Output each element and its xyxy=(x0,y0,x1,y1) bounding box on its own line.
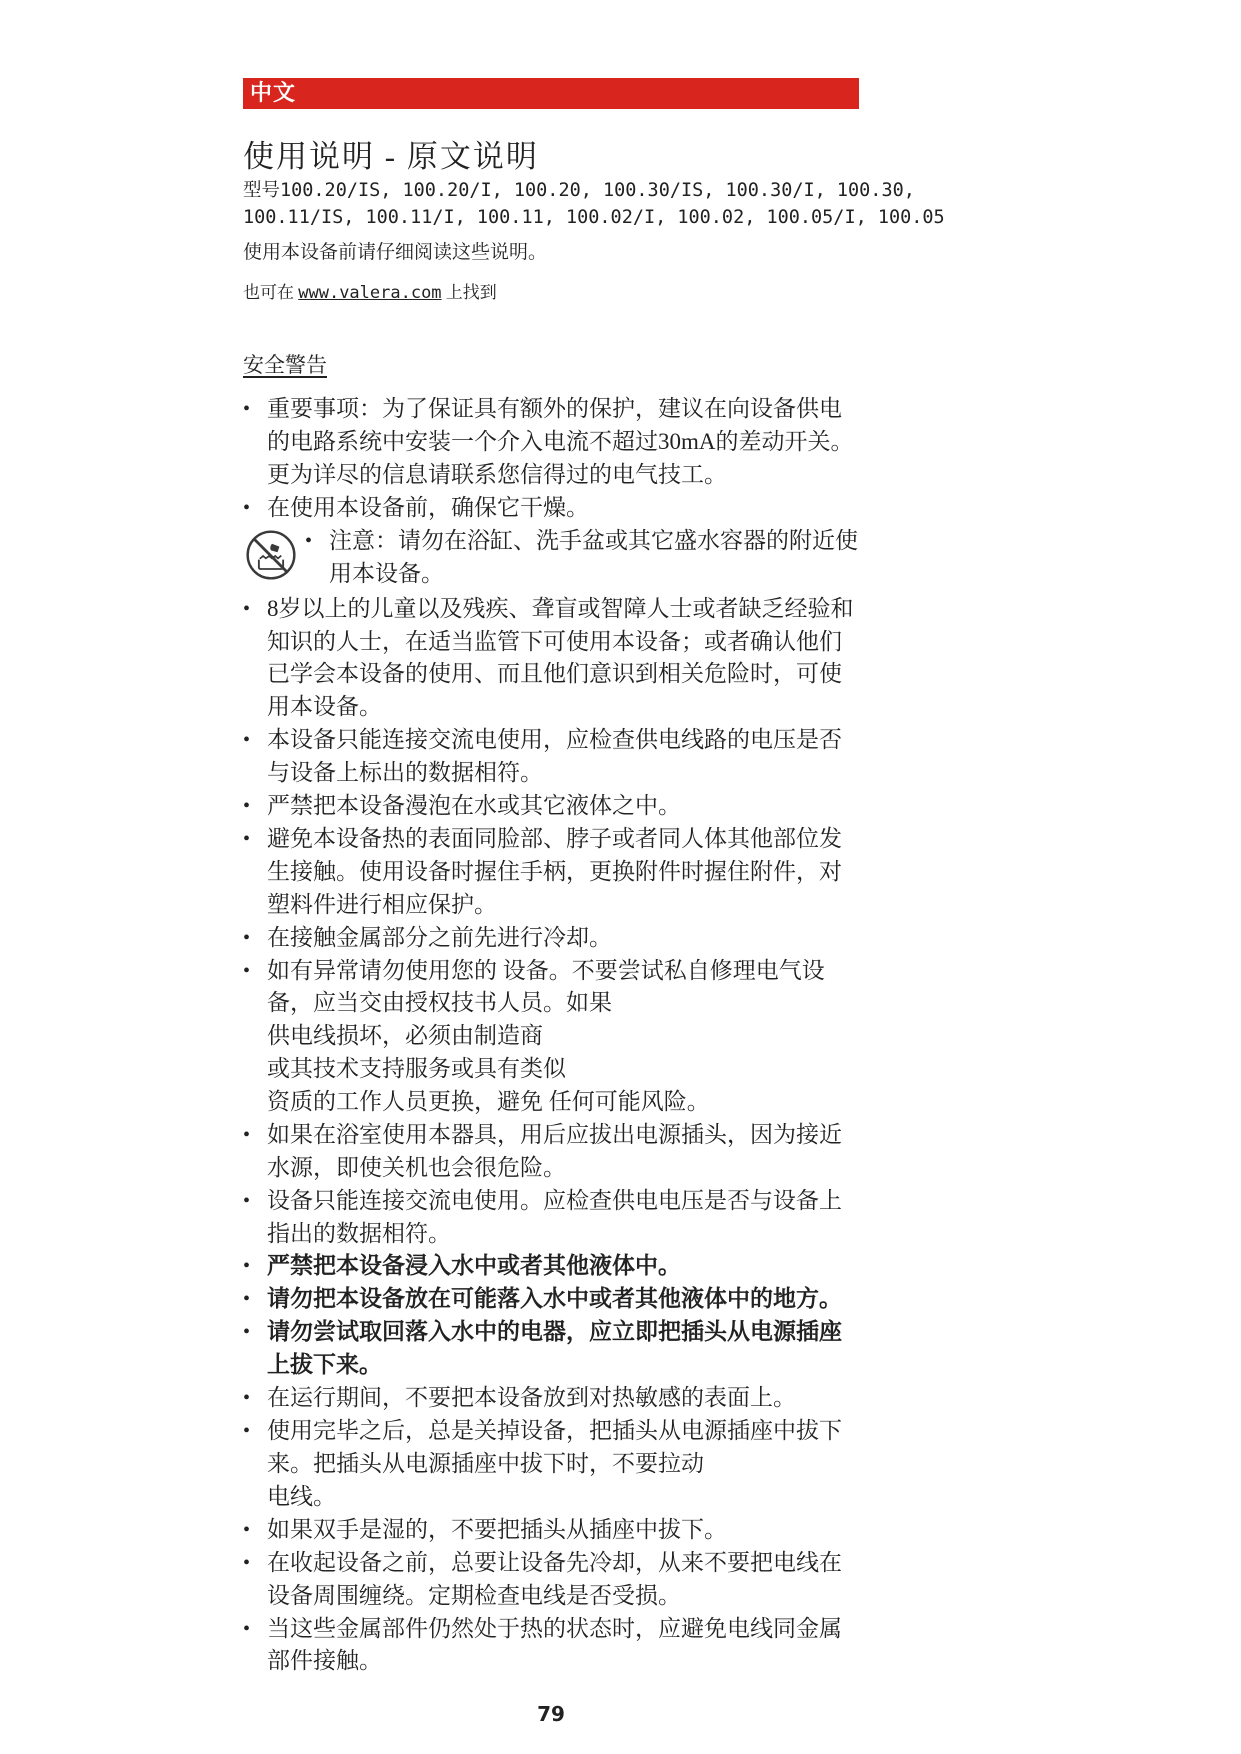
bullet-marker: • xyxy=(243,1283,267,1316)
availability-prefix: 也可在 xyxy=(243,283,298,302)
safety-warnings-heading: 安全警告 xyxy=(243,349,859,379)
warning-item: •在运行期间，不要把本设备放到对热敏感的表面上。 xyxy=(243,1382,859,1415)
page-title: 使用说明 - 原文说明 xyxy=(243,131,859,176)
warning-text: 8岁以上的儿童以及残疾、聋盲或智障人士或者缺乏经验和知识的人士，在适当监管下可使… xyxy=(267,593,859,725)
bullet-marker: • xyxy=(243,724,267,757)
no-use-near-water-icon xyxy=(243,525,305,593)
warning-text: 本设备只能连接交流电使用，应检查供电线路的电压是否与设备上标出的数据相符。 xyxy=(267,724,859,790)
bullet-marker: • xyxy=(243,1382,267,1415)
bullet-marker: • xyxy=(243,593,267,626)
bullet-marker: • xyxy=(243,1613,267,1646)
bullet-marker: • xyxy=(243,1185,267,1218)
bullet-marker: • xyxy=(243,823,267,856)
bullet-marker: • xyxy=(243,393,267,426)
page-number: 79 xyxy=(243,1702,859,1726)
bullet-marker: • xyxy=(243,955,267,988)
warning-item: •当这些金属部件仍然处于热的状态时，应避免电线同金属部件接触。 xyxy=(243,1613,859,1679)
language-label: 中文 xyxy=(250,80,296,105)
warning-item: •在接触金属部分之前先进行冷却。 xyxy=(243,922,859,955)
bullet-marker: • xyxy=(243,1316,267,1349)
warning-text: 在接触金属部分之前先进行冷却。 xyxy=(267,922,859,955)
warning-text: 请勿把本设备放在可能落入水中或者其他液体中的地方。 xyxy=(267,1283,859,1316)
warning-text: 避免本设备热的表面同脸部、脖子或者同人体其他部位发生接触。使用设备时握住手柄，更… xyxy=(267,823,859,922)
warning-item: •设备只能连接交流电使用。应检查供电电压是否与设备上指出的数据相符。 xyxy=(243,1185,859,1251)
warning-text: 重要事项：为了保证具有额外的保护，建议在向设备供电的电路系统中安装一个介入电流不… xyxy=(267,393,859,492)
warning-text: 设备只能连接交流电使用。应检查供电电压是否与设备上指出的数据相符。 xyxy=(267,1185,859,1251)
warning-text: 在收起设备之前，总要让设备先冷却，从来不要把电线在设备周围缠绕。定期检查电线是否… xyxy=(267,1547,859,1613)
warning-item: •请勿尝试取回落入水中的电器，应立即把插头从电源插座上拔下来。 xyxy=(243,1316,859,1382)
bullet-marker: • xyxy=(243,1514,267,1547)
warning-text: 注意：请勿在浴缸、洗手盆或其它盛水容器的附近使用本设备。 xyxy=(329,525,859,591)
warning-item: •如有异常请勿使用您的 设备。不要尝试私自修理电气设备，应当交由授权技书人员。如… xyxy=(243,955,859,1119)
language-header-bar: 中文 xyxy=(243,78,859,109)
warning-text: 在使用本设备前，确保它干燥。 xyxy=(267,492,859,525)
bullet-marker: • xyxy=(305,525,329,558)
model-numbers-line2: 100.11/IS, 100.11/I, 100.11, 100.02/I, 1… xyxy=(243,207,859,230)
website-link[interactable]: www.valera.com xyxy=(298,283,441,303)
warning-item: •如果在浴室使用本器具，用后应拔出电源插头，因为接近水源，即使关机也会很危险。 xyxy=(243,1119,859,1185)
bullet-marker: • xyxy=(243,922,267,955)
warning-text: 使用完毕之后，总是关掉设备，把插头从电源插座中拔下来。把插头从电源插座中拔下时，… xyxy=(267,1415,859,1514)
warning-item: •请勿把本设备放在可能落入水中或者其他液体中的地方。 xyxy=(243,1283,859,1316)
warning-text: 如有异常请勿使用您的 设备。不要尝试私自修理电气设备，应当交由授权技书人员。如果… xyxy=(267,955,859,1119)
warning-item: •严禁把本设备浸入水中或者其他液体中。 xyxy=(243,1250,859,1283)
warning-item: •在使用本设备前，确保它干燥。 xyxy=(243,492,859,525)
bullet-marker: • xyxy=(243,1415,267,1448)
warning-item: •严禁把本设备漫泡在水或其它液体之中。 xyxy=(243,790,859,823)
model-numbers-line1: 型号100.20/IS, 100.20/I, 100.20, 100.30/IS… xyxy=(243,180,859,203)
bullet-marker: • xyxy=(243,1119,267,1152)
warning-text: 如果双手是湿的，不要把插头从插座中拔下。 xyxy=(267,1514,859,1547)
read-instructions-notice: 使用本设备前请仔细阅读这些说明。 xyxy=(243,237,859,264)
manual-page-content: 中文 使用说明 - 原文说明 型号100.20/IS, 100.20/I, 10… xyxy=(243,78,859,1678)
warning-text: 如果在浴室使用本器具，用后应拔出电源插头，因为接近水源，即使关机也会很危险。 xyxy=(267,1119,859,1185)
warning-item: •使用完毕之后，总是关掉设备，把插头从电源插座中拔下来。把插头从电源插座中拔下时… xyxy=(243,1415,859,1514)
bullet-marker: • xyxy=(243,1250,267,1283)
bullet-marker: • xyxy=(243,790,267,823)
warning-item: •避免本设备热的表面同脸部、脖子或者同人体其他部位发生接触。使用设备时握住手柄，… xyxy=(243,823,859,922)
warning-item: •8岁以上的儿童以及残疾、聋盲或智障人士或者缺乏经验和知识的人士，在适当监管下可… xyxy=(243,593,859,725)
warning-item: •在收起设备之前，总要让设备先冷却，从来不要把电线在设备周围缠绕。定期检查电线是… xyxy=(243,1547,859,1613)
warning-item: •如果双手是湿的，不要把插头从插座中拔下。 xyxy=(243,1514,859,1547)
warning-text: 当这些金属部件仍然处于热的状态时，应避免电线同金属部件接触。 xyxy=(267,1613,859,1679)
warnings-list: •重要事项：为了保证具有额外的保护，建议在向设备供电的电路系统中安装一个介入电流… xyxy=(243,393,859,1678)
warning-text: 严禁把本设备漫泡在水或其它液体之中。 xyxy=(267,790,859,823)
warning-text: 请勿尝试取回落入水中的电器，应立即把插头从电源插座上拔下来。 xyxy=(267,1316,859,1382)
availability-line: 也可在 www.valera.com 上找到 xyxy=(243,278,859,303)
bullet-marker: • xyxy=(243,1547,267,1580)
bullet-marker: • xyxy=(243,492,267,525)
availability-suffix: 上找到 xyxy=(442,283,497,302)
warning-item: •注意：请勿在浴缸、洗手盆或其它盛水容器的附近使用本设备。 xyxy=(243,525,859,593)
warning-text: 严禁把本设备浸入水中或者其他液体中。 xyxy=(267,1250,859,1283)
warning-text: 在运行期间，不要把本设备放到对热敏感的表面上。 xyxy=(267,1382,859,1415)
warning-item: •重要事项：为了保证具有额外的保护，建议在向设备供电的电路系统中安装一个介入电流… xyxy=(243,393,859,492)
warning-item: •本设备只能连接交流电使用，应检查供电线路的电压是否与设备上标出的数据相符。 xyxy=(243,724,859,790)
